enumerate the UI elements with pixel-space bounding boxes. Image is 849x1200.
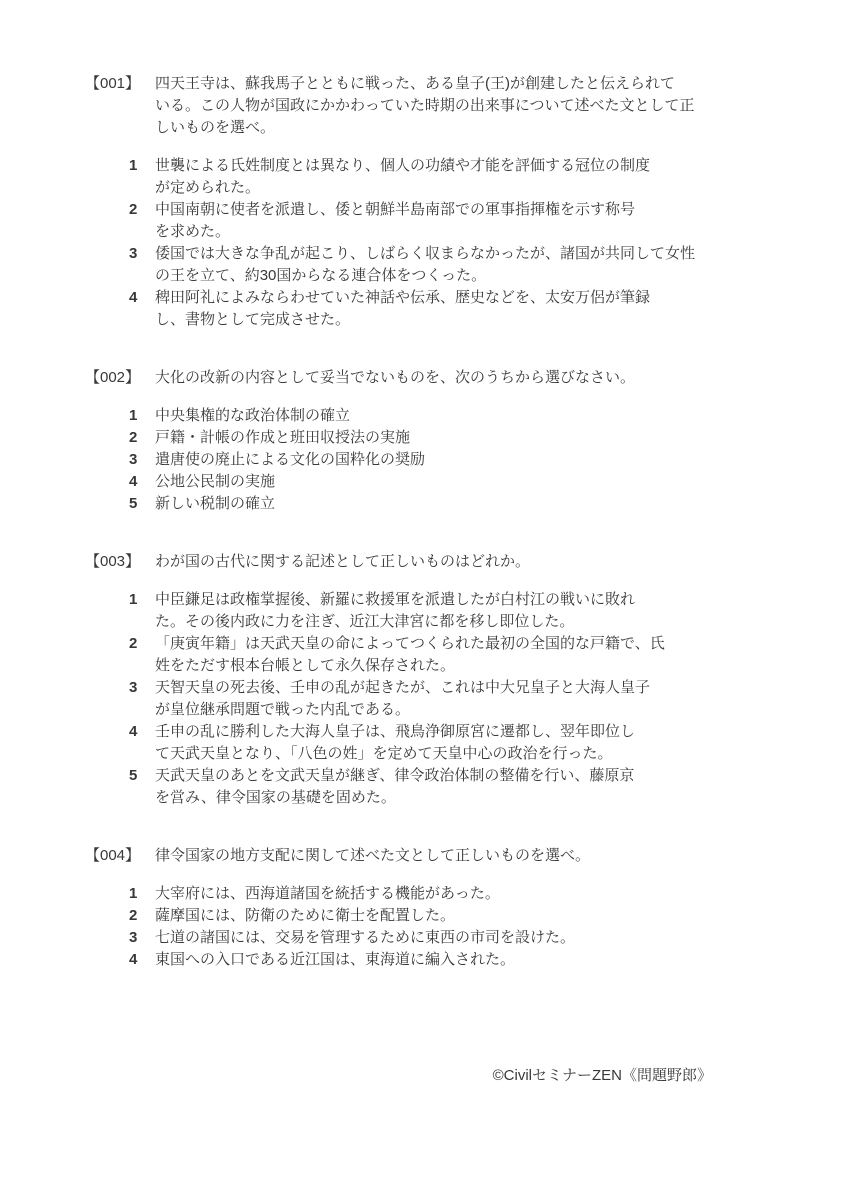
option-number: 3 bbox=[129, 449, 137, 471]
option-text-line: 「庚寅年籍」は天武天皇の命によってつくられた最初の全国的な戸籍で、氏 bbox=[155, 633, 849, 655]
answer-option: 3 天智天皇の死去後、壬申の乱が起きたが、これは中大兄皇子と大海人皇子 が皇位継… bbox=[155, 677, 849, 721]
option-text-line: て天武天皇となり、「八色の姓」を定めて天皇中心の政治を行った。 bbox=[155, 743, 849, 765]
option-text-line: を営み、律令国家の基礎を固めた。 bbox=[155, 787, 849, 809]
option-number: 5 bbox=[129, 765, 137, 787]
option-text-line: 薩摩国には、防衛のために衛士を配置した。 bbox=[155, 905, 849, 927]
option-number: 2 bbox=[129, 427, 137, 449]
option-text-line: た。その後内政に力を注ぎ、近江大津宮に都を移し即位した。 bbox=[155, 611, 849, 633]
question-002: 【002】 大化の改新の内容として妥当でないものを、次のうちから選びなさい。 1… bbox=[155, 367, 849, 515]
question-number-label: 【004】 bbox=[85, 845, 140, 867]
answer-option: 2 中国南朝に使者を派遣し、倭と朝鮮半島南部での軍事指揮権を示す称号 を求めた。 bbox=[155, 199, 849, 243]
option-text-line: 七道の諸国には、交易を管理するために東西の市司を設けた。 bbox=[155, 927, 849, 949]
option-number: 4 bbox=[129, 949, 137, 971]
option-text-line: し、書物として完成させた。 bbox=[155, 309, 849, 331]
answer-option: 4 稗田阿礼によみならわせていた神話や伝承、歴史などを、太安万侶が筆録 し、書物… bbox=[155, 287, 849, 331]
question-text-line: いる。この人物が国政にかかわっていた時期の出来事について述べた文として正 bbox=[155, 95, 849, 117]
option-text-line: 大宰府には、西海道諸国を統括する機能があった。 bbox=[155, 883, 849, 905]
answer-option: 2 「庚寅年籍」は天武天皇の命によってつくられた最初の全国的な戸籍で、氏 姓をた… bbox=[155, 633, 849, 677]
option-text-line: 天智天皇の死去後、壬申の乱が起きたが、これは中大兄皇子と大海人皇子 bbox=[155, 677, 849, 699]
answer-option: 1 中央集権的な政治体制の確立 bbox=[155, 405, 849, 427]
option-text-line: が皇位継承問題で戦った内乱である。 bbox=[155, 699, 849, 721]
answer-option: 2 戸籍・計帳の作成と班田収授法の実施 bbox=[155, 427, 849, 449]
answer-option: 4 公地公民制の実施 bbox=[155, 471, 849, 493]
option-text-line: 壬申の乱に勝利した大海人皇子は、飛鳥浄御原宮に遷都し、翌年即位し bbox=[155, 721, 849, 743]
question-header: 【003】 わが国の古代に関する記述として正しいものはどれか。 bbox=[155, 551, 849, 573]
option-text-line: 遣唐使の廃止による文化の国粋化の奨励 bbox=[155, 449, 849, 471]
option-text-line: 中央集権的な政治体制の確立 bbox=[155, 405, 849, 427]
option-text-line: 新しい税制の確立 bbox=[155, 493, 849, 515]
question-header: 【002】 大化の改新の内容として妥当でないものを、次のうちから選びなさい。 bbox=[155, 367, 849, 389]
answer-option: 3 七道の諸国には、交易を管理するために東西の市司を設けた。 bbox=[155, 927, 849, 949]
question-text-line: 大化の改新の内容として妥当でないものを、次のうちから選びなさい。 bbox=[155, 367, 849, 389]
question-004: 【004】 律令国家の地方支配に関して述べた文として正しいものを選べ。 1 大宰… bbox=[155, 845, 849, 971]
answer-option: 3 遣唐使の廃止による文化の国粋化の奨励 bbox=[155, 449, 849, 471]
question-001: 【001】 四天王寺は、蘇我馬子とともに戦った、ある皇子(王)が創建したと伝えら… bbox=[155, 73, 849, 331]
option-number: 2 bbox=[129, 199, 137, 221]
answer-option: 1 世襲による氏姓制度とは異なり、個人の功績や才能を評価する冠位の制度 が定めら… bbox=[155, 155, 849, 199]
answer-option: 5 天武天皇のあとを文武天皇が継ぎ、律令政治体制の整備を行い、藤原京 を営み、律… bbox=[155, 765, 849, 809]
question-number-label: 【002】 bbox=[85, 367, 140, 389]
option-number: 2 bbox=[129, 905, 137, 927]
answer-option: 4 壬申の乱に勝利した大海人皇子は、飛鳥浄御原宮に遷都し、翌年即位し て天武天皇… bbox=[155, 721, 849, 765]
answer-option: 5 新しい税制の確立 bbox=[155, 493, 849, 515]
answer-option: 1 中臣鎌足は政権掌握後、新羅に救援軍を派遣したが白村江の戦いに敗れ た。その後… bbox=[155, 589, 849, 633]
option-number: 4 bbox=[129, 287, 137, 309]
question-number-label: 【001】 bbox=[85, 73, 140, 95]
option-number: 1 bbox=[129, 883, 137, 905]
question-003: 【003】 わが国の古代に関する記述として正しいものはどれか。 1 中臣鎌足は政… bbox=[155, 551, 849, 809]
option-text-line: 姓をただす根本台帳として永久保存された。 bbox=[155, 655, 849, 677]
answer-option: 1 大宰府には、西海道諸国を統括する機能があった。 bbox=[155, 883, 849, 905]
question-text-line: わが国の古代に関する記述として正しいものはどれか。 bbox=[155, 551, 849, 573]
option-text-line: 東国への入口である近江国は、東海道に編入された。 bbox=[155, 949, 849, 971]
option-text-line: 稗田阿礼によみならわせていた神話や伝承、歴史などを、太安万侶が筆録 bbox=[155, 287, 849, 309]
option-text-line: が定められた。 bbox=[155, 177, 849, 199]
option-number: 1 bbox=[129, 589, 137, 611]
option-number: 3 bbox=[129, 927, 137, 949]
option-text-line: 天武天皇のあとを文武天皇が継ぎ、律令政治体制の整備を行い、藤原京 bbox=[155, 765, 849, 787]
option-text-line: の王を立て、約30国からなる連合体をつくった。 bbox=[155, 265, 849, 287]
document-page: 【001】 四天王寺は、蘇我馬子とともに戦った、ある皇子(王)が創建したと伝えら… bbox=[0, 0, 849, 1200]
option-text-line: を求めた。 bbox=[155, 221, 849, 243]
answer-option: 4 東国への入口である近江国は、東海道に編入された。 bbox=[155, 949, 849, 971]
question-text-line: しいものを選べ。 bbox=[155, 117, 849, 139]
option-number: 3 bbox=[129, 243, 137, 265]
answer-option: 3 倭国では大きな争乱が起こり、しばらく収まらなかったが、諸国が共同して女性 の… bbox=[155, 243, 849, 287]
option-text-line: 中国南朝に使者を派遣し、倭と朝鮮半島南部での軍事指揮権を示す称号 bbox=[155, 199, 849, 221]
option-number: 4 bbox=[129, 721, 137, 743]
question-header: 【004】 律令国家の地方支配に関して述べた文として正しいものを選べ。 bbox=[155, 845, 849, 867]
question-number-label: 【003】 bbox=[85, 551, 140, 573]
option-text-line: 中臣鎌足は政権掌握後、新羅に救援軍を派遣したが白村江の戦いに敗れ bbox=[155, 589, 849, 611]
option-text-line: 世襲による氏姓制度とは異なり、個人の功績や才能を評価する冠位の制度 bbox=[155, 155, 849, 177]
option-number: 4 bbox=[129, 471, 137, 493]
question-text-line: 律令国家の地方支配に関して述べた文として正しいものを選べ。 bbox=[155, 845, 849, 867]
question-text-line: 四天王寺は、蘇我馬子とともに戦った、ある皇子(王)が創建したと伝えられて bbox=[155, 73, 849, 95]
option-number: 3 bbox=[129, 677, 137, 699]
option-number: 5 bbox=[129, 493, 137, 515]
option-text-line: 倭国では大きな争乱が起こり、しばらく収まらなかったが、諸国が共同して女性 bbox=[155, 243, 849, 265]
option-number: 1 bbox=[129, 405, 137, 427]
option-number: 2 bbox=[129, 633, 137, 655]
option-text-line: 公地公民制の実施 bbox=[155, 471, 849, 493]
option-number: 1 bbox=[129, 155, 137, 177]
copyright-credit: ©CivilセミナーZEN《問題野郎》 bbox=[155, 1065, 849, 1087]
option-text-line: 戸籍・計帳の作成と班田収授法の実施 bbox=[155, 427, 849, 449]
question-header: 【001】 四天王寺は、蘇我馬子とともに戦った、ある皇子(王)が創建したと伝えら… bbox=[155, 73, 849, 139]
answer-option: 2 薩摩国には、防衛のために衛士を配置した。 bbox=[155, 905, 849, 927]
